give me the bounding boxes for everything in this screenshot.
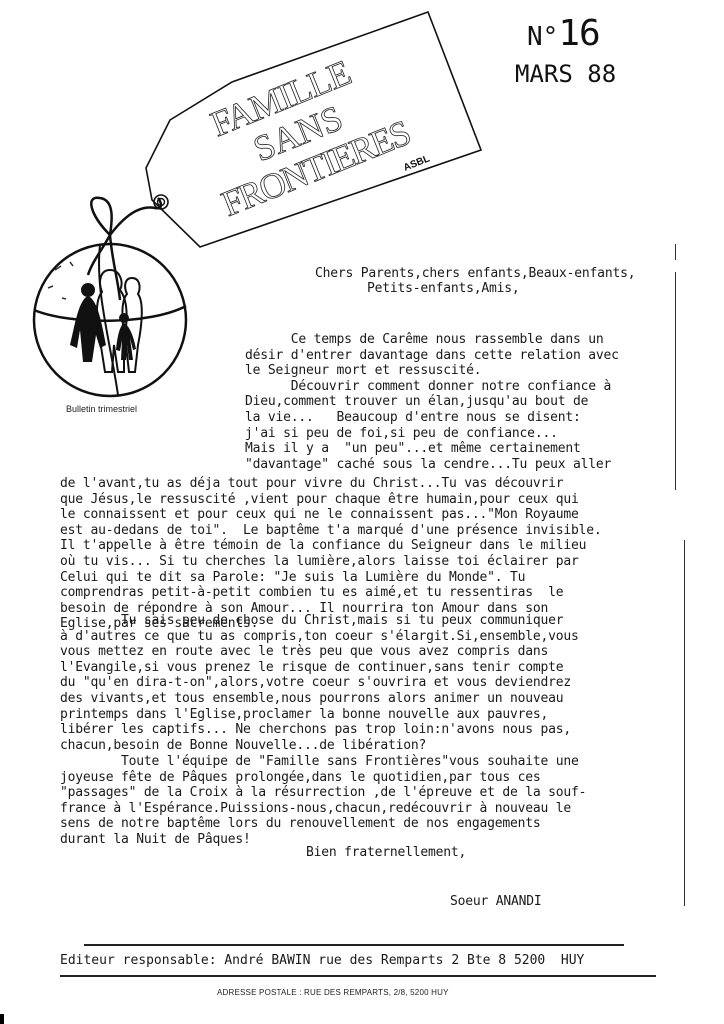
letter-line: vous mettez en route avec le très peu qu… bbox=[60, 644, 548, 660]
letter-line: sens de notre baptême lors du renouvelle… bbox=[60, 816, 540, 832]
letter-line: Celui qui te dit sa Parole: "Je suis la … bbox=[60, 570, 525, 586]
letter-line: "passages" de la Croix à la résurrection… bbox=[60, 785, 586, 801]
letter-line: comprendras petit-à-petit combien tu es … bbox=[60, 585, 563, 601]
letter-line: à d'autres ce que tu as compris,ton coeu… bbox=[60, 629, 579, 645]
globe-icon bbox=[34, 244, 186, 396]
right-margin-rule bbox=[684, 540, 685, 906]
letter-line: "davantage" caché sous la cendre...Tu pe… bbox=[245, 457, 611, 473]
letter-line: Il t'appelle à être témoin de la confian… bbox=[60, 538, 586, 554]
letter-closing: Bien fraternellement, bbox=[306, 845, 466, 861]
letter-line: l'Evangile,si vous prenez le risque de c… bbox=[60, 660, 563, 676]
footer-bottom-rule bbox=[60, 975, 656, 977]
scan-mark bbox=[0, 1014, 4, 1024]
letter-line: de l'avant,tu as déja tout pour vivre du… bbox=[60, 476, 563, 492]
gift-tag-icon: FAMILLE SANS FRONTIERES ASBL bbox=[146, 12, 481, 247]
logo-caption: Bulletin trimestriel bbox=[66, 404, 137, 414]
letter-line: j'ai si peu de foi,si peu de confiance..… bbox=[245, 426, 558, 442]
letter-line: Mais il y a "un peu"...et même certainem… bbox=[245, 441, 581, 457]
letter-line: Tu sais peu de chose du Christ,mais si t… bbox=[60, 613, 563, 629]
letter-line: des vivants,et tous ensemble,nous pourro… bbox=[60, 691, 563, 707]
letter-line: que Jésus,le ressuscité ,vient pour chaq… bbox=[60, 492, 579, 508]
letter-line: Dieu,comment trouver un élan,jusqu'au bo… bbox=[245, 394, 588, 410]
letter-line: la vie... Beaucoup d'entre nous se disen… bbox=[245, 410, 581, 426]
letter-line: printemps dans l'Eglise,proclamer la bon… bbox=[60, 707, 548, 723]
letter-line: libérer les captifs... Ne cherchons pas … bbox=[60, 722, 571, 738]
salutation-line: Petits-enfants,Amis, bbox=[367, 281, 520, 297]
letter-line: joyeuse fête de Pâques prolongée,dans le… bbox=[60, 770, 540, 786]
footer-top-rule bbox=[84, 944, 624, 946]
letter-line: Toute l'équipe de "Famille sans Frontièr… bbox=[60, 754, 579, 770]
letter-line: le connaissent et pour ceux qui ne le co… bbox=[60, 507, 579, 523]
letter-line: durant la Nuit de Pâques! bbox=[60, 832, 251, 848]
letter-line: où tu vis... Si tu cherches la lumière,a… bbox=[60, 554, 579, 570]
letter-line: désir d'entrer davantage dans cette rela… bbox=[245, 348, 619, 364]
right-margin-rule bbox=[675, 244, 676, 260]
salutation-line: Chers Parents,chers enfants,Beaux-enfant… bbox=[315, 266, 635, 282]
letter-line: chacun,besoin de Bonne Nouvelle...de lib… bbox=[60, 738, 426, 754]
letter-line: du "qu'en dira-t-on",alors,votre coeur s… bbox=[60, 675, 571, 691]
postal-address: ADRESSE POSTALE : RUE DES REMPARTS, 2/8,… bbox=[217, 988, 449, 997]
letter-line: Ce temps de Carême nous rassemble dans u… bbox=[245, 332, 603, 348]
letter-line: Découvrir comment donner notre confiance… bbox=[245, 379, 611, 395]
letter-line: est au-dedans de toi". Le baptême t'a ma… bbox=[60, 523, 602, 539]
editor-responsible: Editeur responsable: André BAWIN rue des… bbox=[60, 953, 584, 969]
right-margin-rule bbox=[675, 272, 676, 490]
letter-line: le Seigneur mort et ressuscité. bbox=[245, 363, 481, 379]
letter-signature: Soeur ANANDI bbox=[450, 894, 542, 910]
letter-line: france à l'Espérance.Puissions-nous,chac… bbox=[60, 801, 571, 817]
